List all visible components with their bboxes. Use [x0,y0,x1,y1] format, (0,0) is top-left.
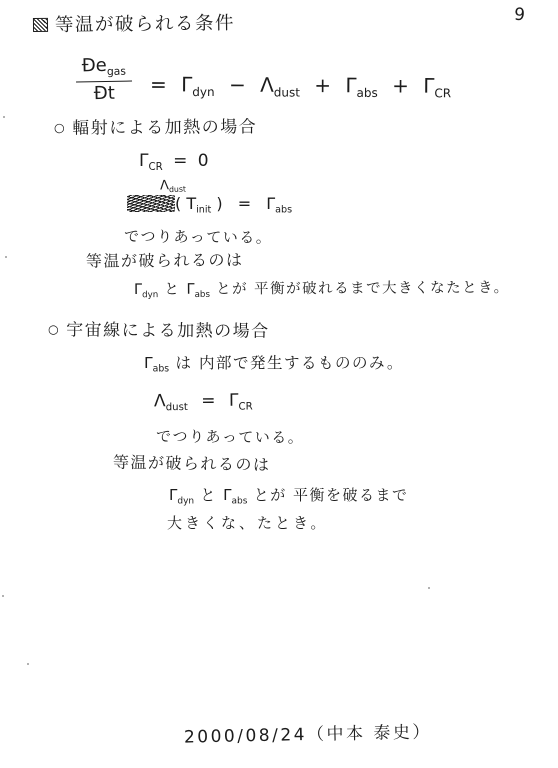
circle-bullet-icon: ○ [48,322,60,336]
energy-equation-rhs: = Γdyn − Λdust + Γabs + ΓCR [150,73,451,101]
balanced-statement-2: でつりあっている。 [156,428,305,447]
balanced-statement-1: でつりあっている。 [124,228,273,247]
gamma-dyn-term: Γdyn [181,72,215,96]
scan-speck [428,587,430,589]
scribbled-out-word [127,195,175,212]
gamma-abs-internal-statement: Γabs は 内部で発生するもののみ。 [144,355,404,375]
fraction-denominator: Đt [76,81,133,105]
handwritten-note-page: 9 等温が破られる条件 Đegas Đt = Γdyn − Λdust + Γa… [0,0,558,768]
gamma-abs-rhs: Γabs [266,194,292,213]
lambda-dust-term: Λdust [260,73,300,97]
scan-speck [3,116,5,118]
page-title: 等温が破られる条件 [33,13,235,36]
page-number: 9 [513,6,525,26]
page-title-text: 等温が破られる条件 [55,13,235,36]
scan-speck [27,663,29,665]
scan-speck [5,256,7,258]
energy-equation-fraction: Đegas Đt [76,56,133,105]
hatched-checkbox-icon [33,18,48,32]
section-radiation-heading: ○輻射による加熱の場合 [54,118,257,139]
gamma-cr-zero-equation: ΓCR = 0 [139,152,209,174]
circle-bullet-icon: ○ [54,121,66,135]
section-radiation-heading-text: 輻射による加熱の場合 [72,117,257,138]
fraction-numerator: Đegas [76,56,133,82]
section-cosmic-ray-heading-text: 宇宙線による加熱の場合 [66,320,270,341]
corrected-balance-equation: ( Tinit ) = Γabs [127,195,292,216]
gamma-cr-rhs: ΓCR [229,391,253,411]
date-author-signature: 2000/08/24（中本 泰史） [184,723,432,748]
section-cosmic-ray-heading: ○宇宙線による加熱の場合 [48,321,270,342]
isothermality-broken-condition-2-line1: Γdyn と Γabs とが 平衡を破るまで [169,487,408,507]
gamma-abs-term: Γabs [345,73,378,97]
lambda-dust-equals-gamma-cr-equation: Λdust = ΓCR [154,392,253,414]
isothermality-broken-intro-2: 等温が破られるのは [113,454,271,475]
isothermality-broken-condition-2-line2: 大きくな、たとき。 [167,515,328,532]
gamma-cr-term: ΓCR [423,74,451,98]
lambda-dust-lhs: Λdust [154,391,188,411]
isothermality-broken-condition-1: Γdyn と Γabs とが 平衡が破れるまで大きくなたとき。 [134,280,510,300]
scan-speck [2,595,4,597]
inserted-lambda-dust: Λdust [160,179,186,196]
isothermality-broken-intro-1: 等温が破られるのは [86,251,244,271]
